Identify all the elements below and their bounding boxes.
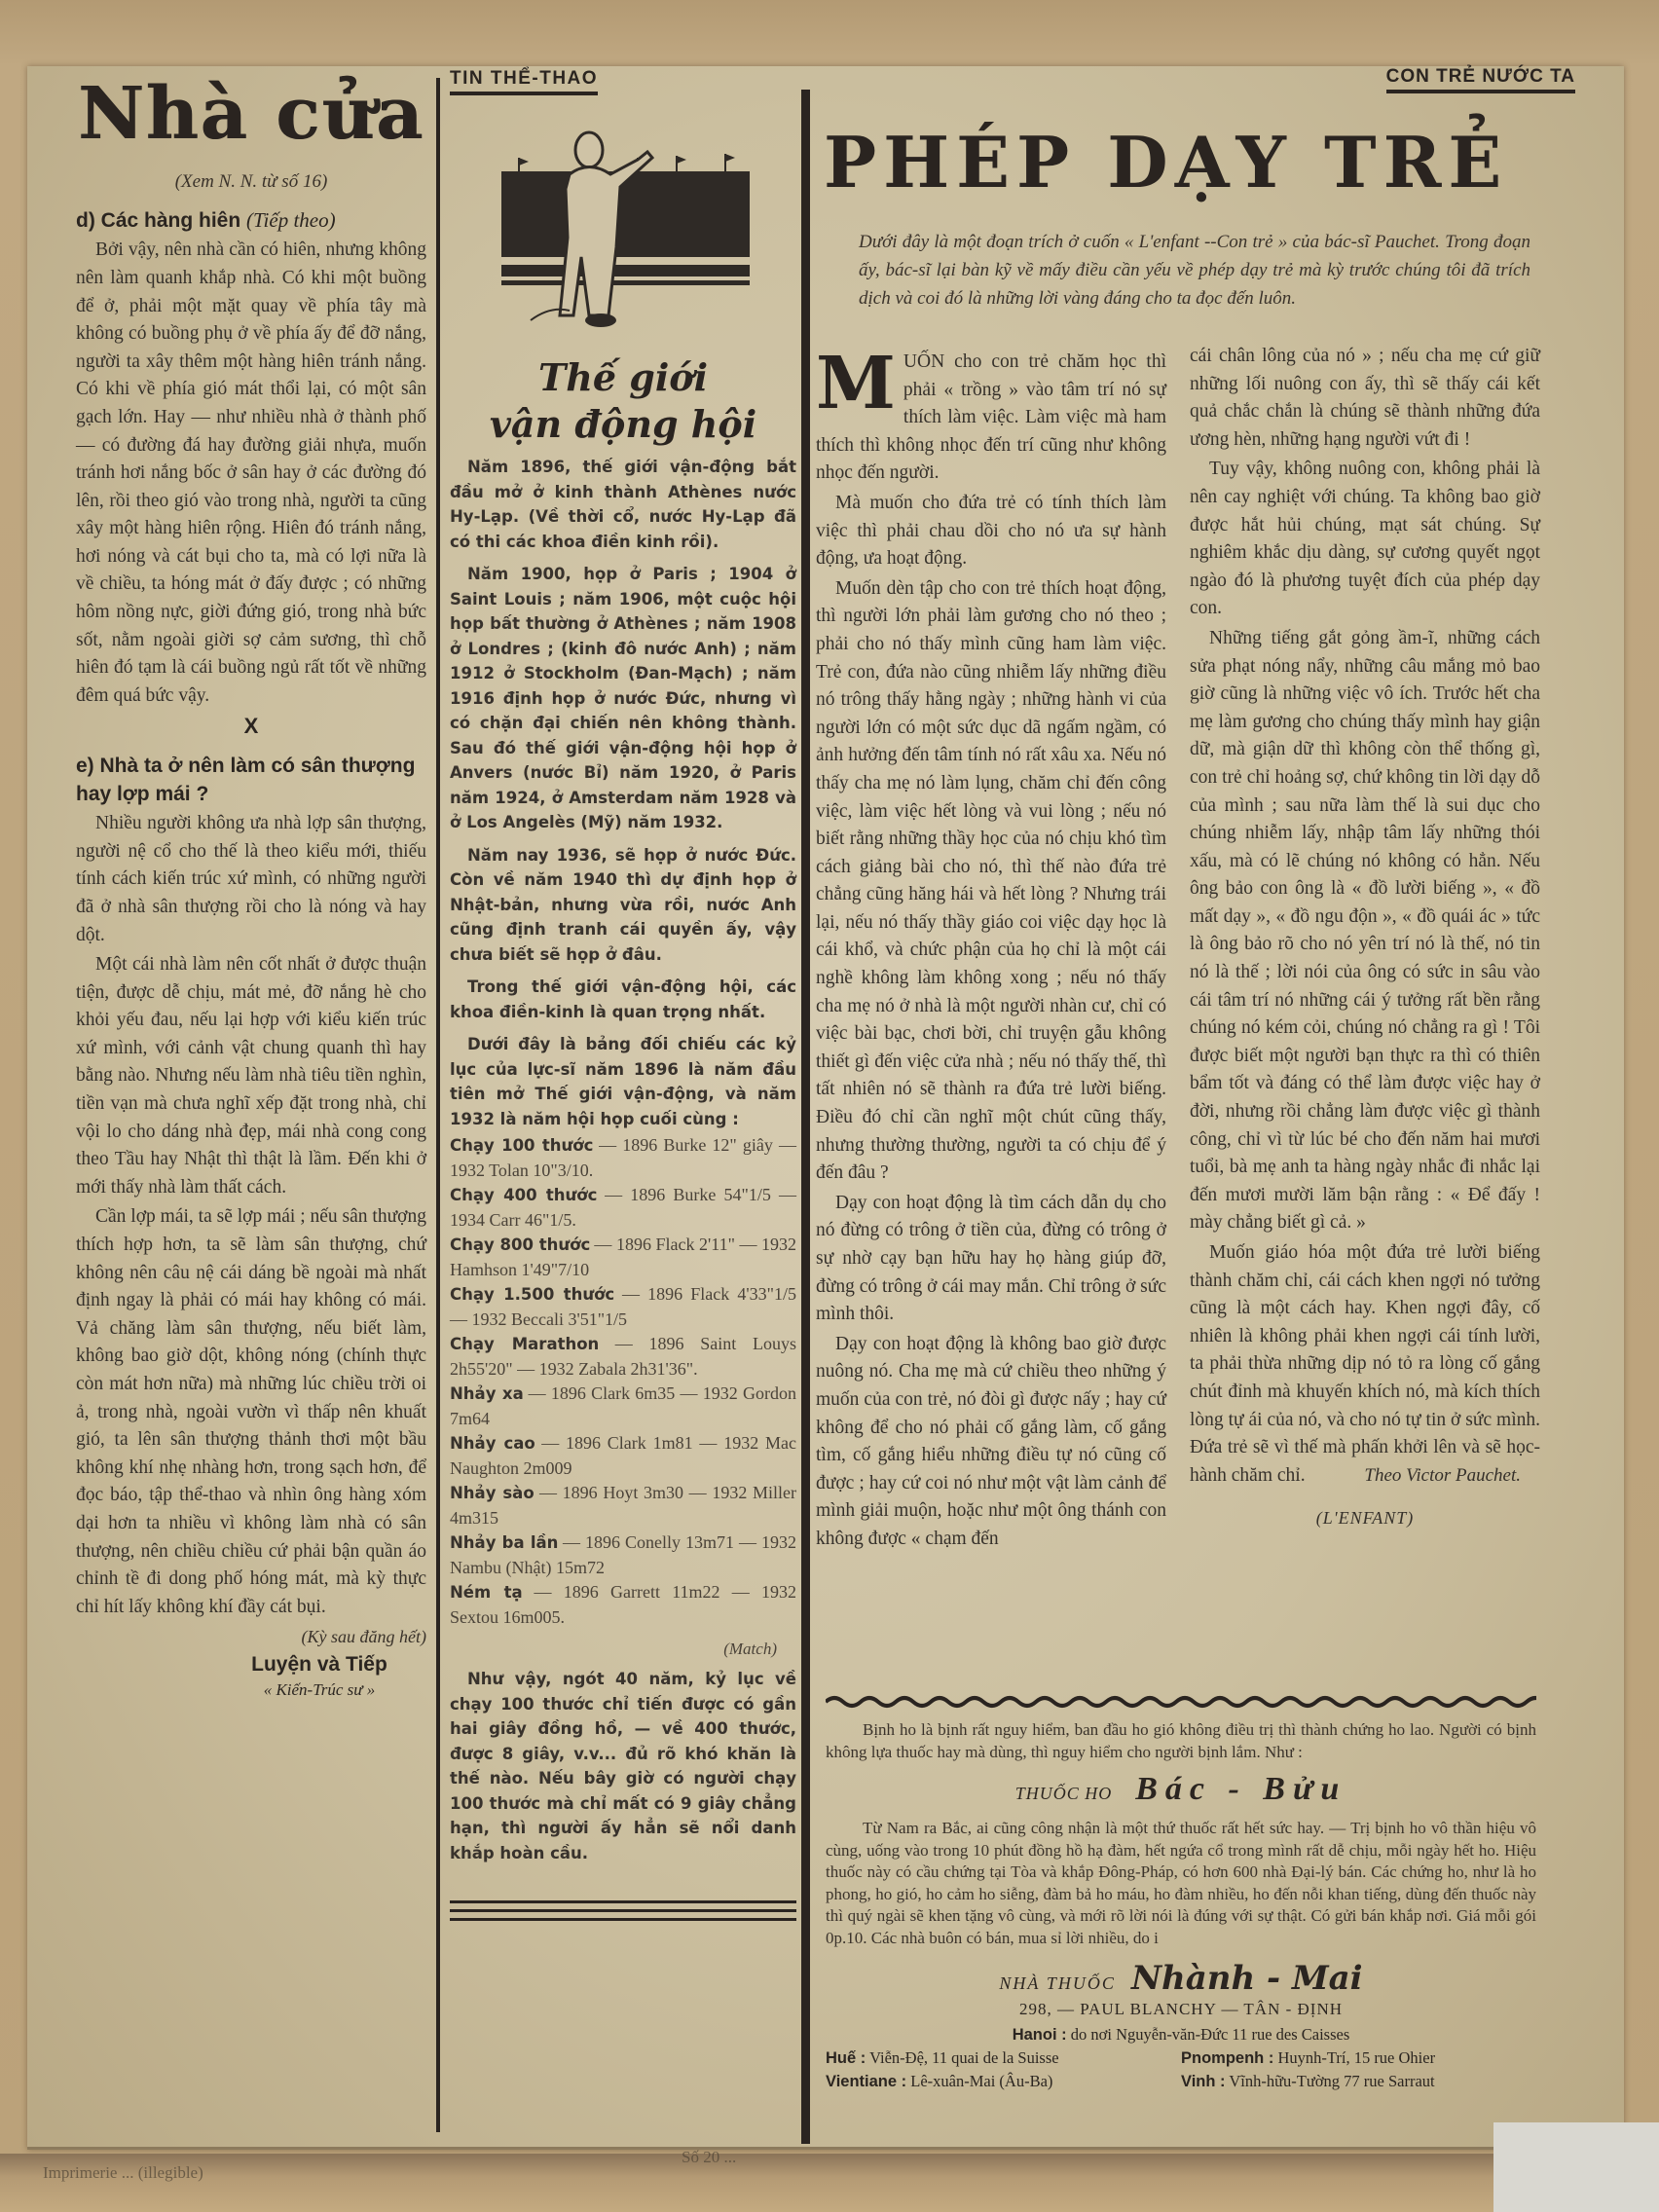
issue-number: Số 20 ...: [682, 2148, 736, 2167]
branch-list: Hanoi : do nơi Nguyễn-văn-Đức 11 rue des…: [826, 2023, 1536, 2093]
record-item: Nhảy xa — 1896 Clark 6m35 — 1932 Gordon …: [450, 1382, 796, 1431]
records-list: Chạy 100 thước — 1896 Burke 12" giây — 1…: [450, 1133, 796, 1630]
author-name: Luyện và Tiếp: [212, 1653, 426, 1677]
source-note: (L'ENFANT): [1190, 1504, 1540, 1532]
paragraph: Dưới đây là bảng đối chiếu các kỷ lục củ…: [450, 1032, 796, 1131]
drop-cap: M: [816, 352, 896, 415]
record-item: Nhảy sào — 1896 Hoyt 3m30 — 1932 Miller …: [450, 1481, 796, 1530]
paragraph: Mà muốn cho đứa trẻ có tính thích làm vi…: [816, 490, 1166, 573]
section-d-body: Bởi vậy, nên nhà cần có hiên, nhưng khôn…: [76, 237, 426, 710]
sports-article-title: Thế giới vận động hội: [450, 354, 796, 447]
record-item: Nhảy ba lần — 1896 Conelly 13m71 — 1932 …: [450, 1530, 796, 1580]
advertisement-bac-buu: Bịnh ho là bịnh rất nguy hiểm, ban đầu h…: [826, 1694, 1536, 2093]
paragraph: Trong thế giới vận-động hội, các khoa đi…: [450, 975, 796, 1024]
paragraph: cái chân lông của nó » ; nếu cha mẹ cứ g…: [1190, 343, 1540, 454]
ad-intro: Bịnh ho là bịnh rất nguy hiểm, ban đầu h…: [826, 1719, 1536, 1763]
paragraph: Bởi vậy, nên nhà cần có hiên, nhưng khôn…: [76, 237, 426, 710]
paragraph: Cần lợp mái, ta sẽ lợp mái ; nếu sân thư…: [76, 1203, 426, 1621]
record-item: Nhảy cao — 1896 Clark 1m81 — 1932 Mac Na…: [450, 1431, 796, 1481]
ad-shop-line: NHÀ THUỐC Nhành - Mai: [826, 1959, 1536, 1998]
branch-row: Vientiane : Lê-xuân-Mai (Âu-Ba) Vinh : V…: [826, 2070, 1536, 2093]
sports-article-body: Năm 1896, thế giới vận-động bắt đầu mở ở…: [450, 455, 796, 1131]
record-item: Chạy 100 thước — 1896 Burke 12" giây — 1…: [450, 1133, 796, 1183]
column-rule-1: [436, 78, 440, 2132]
branch-hue: Huế : Viễn-Đệ, 11 quai de la Suisse: [826, 2046, 1181, 2070]
title-line-2: vận động hội: [450, 401, 796, 448]
paragraph: Muốn dèn tập cho con trẻ thích hoạt động…: [816, 575, 1166, 1188]
printer-imprint: Imprimerie ... (illegible): [43, 2163, 203, 2183]
branch-row: Huế : Viễn-Đệ, 11 quai de la Suisse Pnom…: [826, 2046, 1536, 2070]
athlete-illustration-icon: [492, 121, 755, 335]
reference-note: (Xem N. N. từ số 16): [76, 171, 426, 193]
paragraph: Những tiếng gắt gỏng ầm-ĩ, những cách sử…: [1190, 625, 1540, 1237]
article-title: PHÉP DẠY TRẺ: [824, 121, 1564, 203]
article-phep-day-tre-right: cái chân lông của nó » ; nếu cha mẹ cứ g…: [1190, 341, 1540, 1532]
shop-address: 298, — PAUL BLANCHY — TÂN - ĐỊNH: [826, 2000, 1536, 2019]
article-intro: Dưới đây là một đoạn trích ở cuốn « L'en…: [859, 228, 1530, 313]
author-role: « Kiến-Trúc sư »: [212, 1680, 426, 1700]
shop-name: Nhành - Mai: [1131, 1959, 1363, 1998]
binder-clip: [1493, 2122, 1659, 2212]
section-heading-d: d) Các hàng hiên (Tiếp theo): [76, 206, 426, 235]
end-rule: [450, 1900, 796, 1921]
ad-body: Từ Nam ra Bắc, ai cũng công nhận là một …: [826, 1818, 1536, 1949]
record-item: Ném tạ — 1896 Garrett 11m22 — 1932 Sexto…: [450, 1580, 796, 1630]
product-name: Bác - Bửu: [1135, 1771, 1346, 1807]
paragraph: Năm nay 1936, sẽ họp ở nước Đức. Còn về …: [450, 843, 796, 968]
paragraph: Nhiều người không ưa nhà lợp sân thượng,…: [76, 810, 426, 949]
branch-vinh: Vinh : Vĩnh-hữu-Tường 77 rue Sarraut: [1181, 2070, 1536, 2093]
source-note: (Match): [450, 1640, 777, 1659]
section-e-body: Nhiều người không ưa nhà lợp sân thượng,…: [76, 810, 426, 1621]
section-kicker-sports: TIN THỂ-THAO: [450, 68, 598, 95]
ad-product-line: THUỐC HO Bác - Bửu: [826, 1771, 1536, 1808]
wavy-divider-icon: [826, 1694, 1536, 1710]
sports-closing: Như vậy, ngót 40 năm, kỷ lục về chạy 100…: [450, 1667, 796, 1865]
branch-vientiane: Vientiane : Lê-xuân-Mai (Âu-Ba): [826, 2070, 1181, 2093]
section-heading-e: e) Nhà ta ở nên làm có sân thượng hay lợ…: [76, 753, 426, 808]
page-bottom-edge: [0, 2154, 1659, 2212]
paragraph: Một cái nhà làm nên cốt nhất ở được thuậ…: [76, 951, 426, 1201]
record-item: Chạy 400 thước — 1896 Burke 54"1/5 — 193…: [450, 1183, 796, 1233]
paragraph: Như vậy, ngót 40 năm, kỷ lục về chạy 100…: [450, 1667, 796, 1865]
article-title: Nhà cửa: [76, 78, 426, 150]
branch-hanoi: Hanoi : do nơi Nguyễn-văn-Đức 11 rue des…: [826, 2023, 1536, 2046]
paragraph: MUỐN cho con trẻ chăm học thì phải « trồ…: [816, 349, 1166, 488]
section-d-label: d) Các hàng hiên: [76, 209, 240, 232]
paragraph: Năm 1896, thế giới vận-động bắt đầu mở ở…: [450, 455, 796, 554]
paragraph: Dạy con hoạt động là tìm cách dẫn dụ cho…: [816, 1190, 1166, 1329]
branch-pnompenh: Pnompenh : Huynh-Trí, 15 rue Ohier: [1181, 2046, 1536, 2070]
article-nha-cua: Nhà cửa (Xem N. N. từ số 16) d) Các hàng…: [76, 78, 426, 1700]
section-kicker-children: CON TRẺ NƯỚC TA: [1386, 66, 1575, 93]
continued-note: (Kỳ sau đăng hết): [76, 1627, 426, 1647]
title-line-1: Thế giới: [450, 354, 796, 401]
article-phep-day-tre-left: MUỐN cho con trẻ chăm học thì phải « trồ…: [816, 347, 1166, 1554]
section-d-suffix: (Tiếp theo): [246, 208, 336, 232]
paragraph: Năm 1900, họp ở Paris ; 1904 ở Saint Lou…: [450, 562, 796, 835]
paragraph: Tuy vậy, không nuông con, không phải là …: [1190, 456, 1540, 623]
paragraph: Muốn giáo hóa một đứa trẻ lười biếng thà…: [1190, 1239, 1540, 1490]
record-item: Chạy 800 thước — 1896 Flack 2'11" — 1932…: [450, 1233, 796, 1282]
section-separator: X: [76, 714, 426, 739]
paragraph: Dạy con hoạt động là không bao giờ được …: [816, 1331, 1166, 1554]
article-the-gioi-van-dong-hoi: TIN THỂ-THAO Thế giới vận động hội Năm 1…: [450, 68, 796, 1927]
record-item: Chạy Marathon — 1896 Saint Louys 2h55'20…: [450, 1332, 796, 1382]
record-item: Chạy 1.500 thước — 1896 Flack 4'33"1/5 —…: [450, 1282, 796, 1332]
column-rule-2: [801, 90, 810, 2144]
